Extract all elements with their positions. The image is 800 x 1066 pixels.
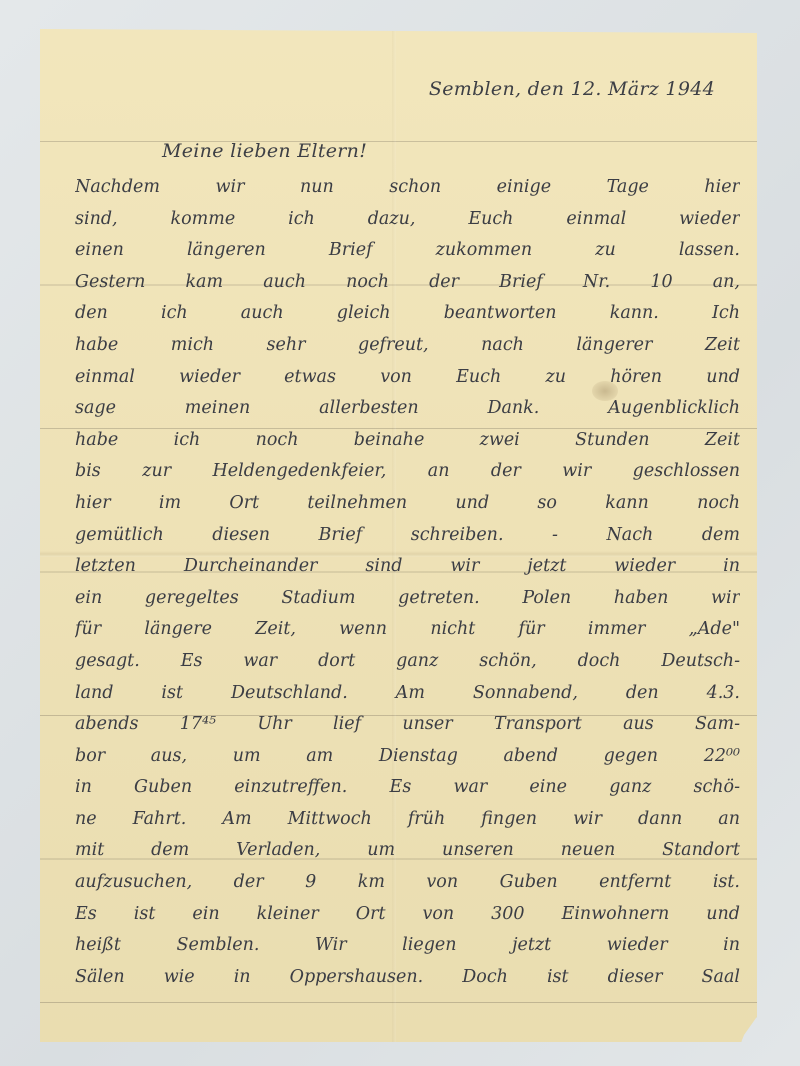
letter-line: bis zur Heldengedenkfeier, an der wir ge… — [75, 456, 740, 488]
letter-line: in Guben einzutreffen. Es war eine ganz … — [75, 772, 740, 804]
letter-line: heißt Semblen. Wir liegen jetzt wieder i… — [75, 930, 740, 962]
letter-line: einmal wieder etwas von Euch zu hören un… — [75, 362, 740, 394]
letter-line: für längere Zeit, wenn nicht für immer „… — [75, 614, 740, 646]
letter-line: gemütlich diesen Brief schreiben. - Nach… — [75, 520, 740, 552]
letter-line: habe mich sehr gefreut, nach längerer Ze… — [75, 330, 740, 362]
letter-line: land ist Deutschland. Am Sonnabend, den … — [75, 678, 740, 710]
letter-line: habe ich noch beinahe zwei Stunden Zeit — [75, 425, 740, 457]
letter-line: hier im Ort teilnehmen und so kann noch — [75, 488, 740, 520]
letter-line: Gestern kam auch noch der Brief Nr. 10 a… — [75, 267, 740, 299]
letter-line: abends 17⁴⁵ Uhr lief unser Transport aus… — [75, 709, 740, 741]
letter-line: den ich auch gleich beantworten kann. Ic… — [75, 298, 740, 330]
salutation: Meine lieben Eltern! — [162, 140, 367, 162]
letter-line: ein geregeltes Stadium getreten. Polen h… — [75, 583, 740, 615]
letter-line: aufzusuchen, der 9 km von Guben entfernt… — [75, 867, 740, 899]
place-date-line: Semblen, den 12. März 1944 — [380, 78, 715, 100]
letter-line: Sälen wie in Oppershausen. Doch ist dies… — [75, 962, 740, 994]
letter-line: Es ist ein kleiner Ort von 300 Einwohner… — [75, 899, 740, 931]
letter-line: letzten Durcheinander sind wir jetzt wie… — [75, 551, 740, 583]
letter-line: Nachdem wir nun schon einige Tage hier — [75, 172, 740, 204]
letter-line: einen längeren Brief zukommen zu lassen. — [75, 235, 740, 267]
photo-background: Semblen, den 12. März 1944 Meine lieben … — [0, 0, 800, 1066]
letter-line: sind, komme ich dazu, Euch einmal wieder — [75, 204, 740, 236]
letter-line: mit dem Verladen, um unseren neuen Stand… — [75, 835, 740, 867]
letter-line: bor aus, um am Dienstag abend gegen 22⁰⁰ — [75, 741, 740, 773]
letter-line: gesagt. Es war dort ganz schön, doch Deu… — [75, 646, 740, 678]
letter-line: ne Fahrt. Am Mittwoch früh fingen wir da… — [75, 804, 740, 836]
letter-body: Nachdem wir nun schon einige Tage hier s… — [75, 172, 740, 993]
letter-line: sage meinen allerbesten Dank. Augenblick… — [75, 393, 740, 425]
